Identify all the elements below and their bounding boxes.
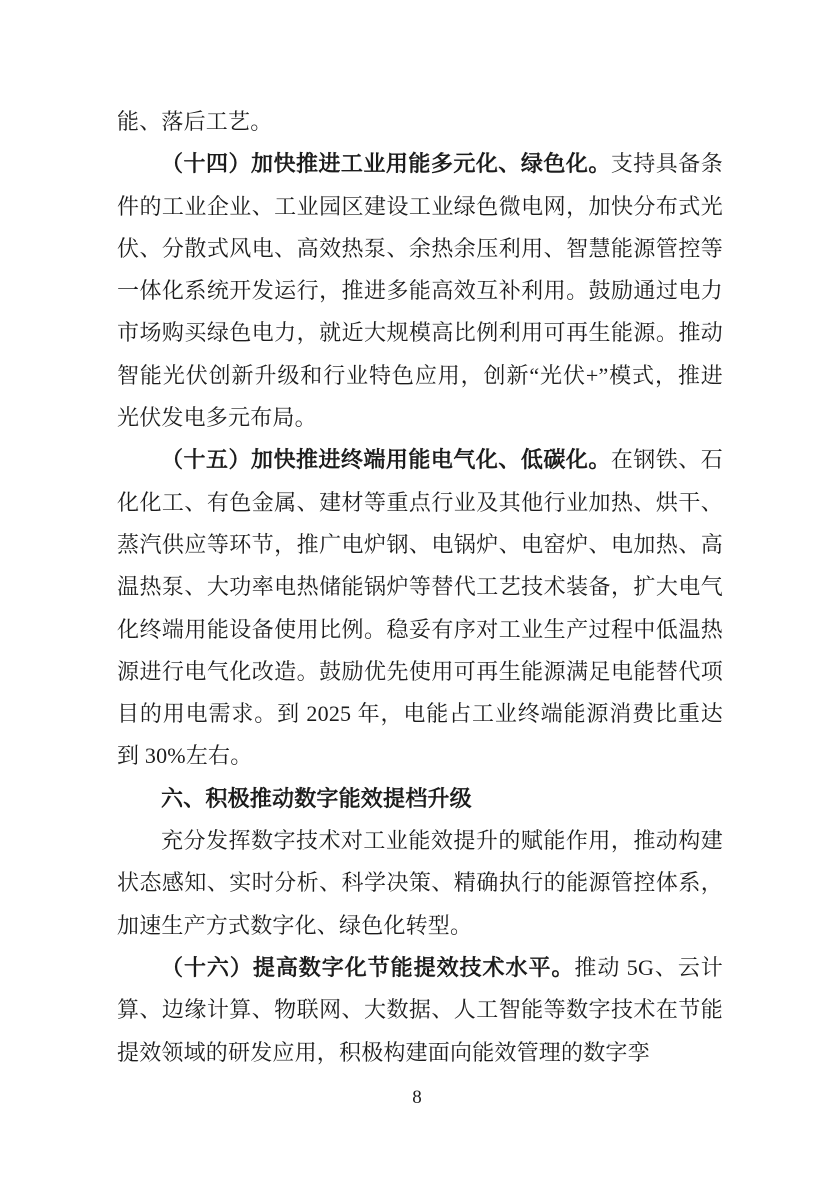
text-segment: 充分发挥数字技术对工业能效提升的赋能作用，推动构建状态感知、实时分析、科学决策、… [117, 828, 723, 938]
paragraph: 充分发挥数字技术对工业能效提升的赋能作用，推动构建状态感知、实时分析、科学决策、… [117, 820, 723, 947]
page-content: 能、落后工艺。（十四）加快推进工业用能多元化、绿色化。支持具备条件的工业企业、工… [117, 101, 723, 1074]
paragraph: （十六）提高数字化节能提效技术水平。推动 5G、云计算、边缘计算、物联网、大数据… [117, 947, 723, 1074]
text-segment: 六、积极推动数字能效提档升级 [161, 786, 472, 811]
paragraph: 能、落后工艺。 [117, 101, 723, 143]
text-segment: （十五）加快推进终端用能电气化、低碳化。 [161, 447, 611, 472]
text-segment: 在钢铁、石化化工、有色金属、建材等重点行业及其他行业加热、烘干、蒸汽供应等环节，… [117, 447, 723, 768]
text-segment: 支持具备条件的工业企业、工业园区建设工业绿色微电网，加快分布式光伏、分散式风电、… [117, 151, 723, 430]
document-page: 能、落后工艺。（十四）加快推进工业用能多元化、绿色化。支持具备条件的工业企业、工… [0, 0, 834, 1180]
paragraph: （十四）加快推进工业用能多元化、绿色化。支持具备条件的工业企业、工业园区建设工业… [117, 143, 723, 439]
section-heading: 六、积极推动数字能效提档升级 [117, 778, 723, 820]
text-segment: （十六）提高数字化节能提效技术水平。 [161, 955, 574, 980]
text-segment: （十四）加快推进工业用能多元化、绿色化。 [161, 151, 611, 176]
paragraph: （十五）加快推进终端用能电气化、低碳化。在钢铁、石化化工、有色金属、建材等重点行… [117, 439, 723, 777]
text-segment: 能、落后工艺。 [117, 109, 272, 134]
page-number: 8 [0, 1086, 834, 1110]
